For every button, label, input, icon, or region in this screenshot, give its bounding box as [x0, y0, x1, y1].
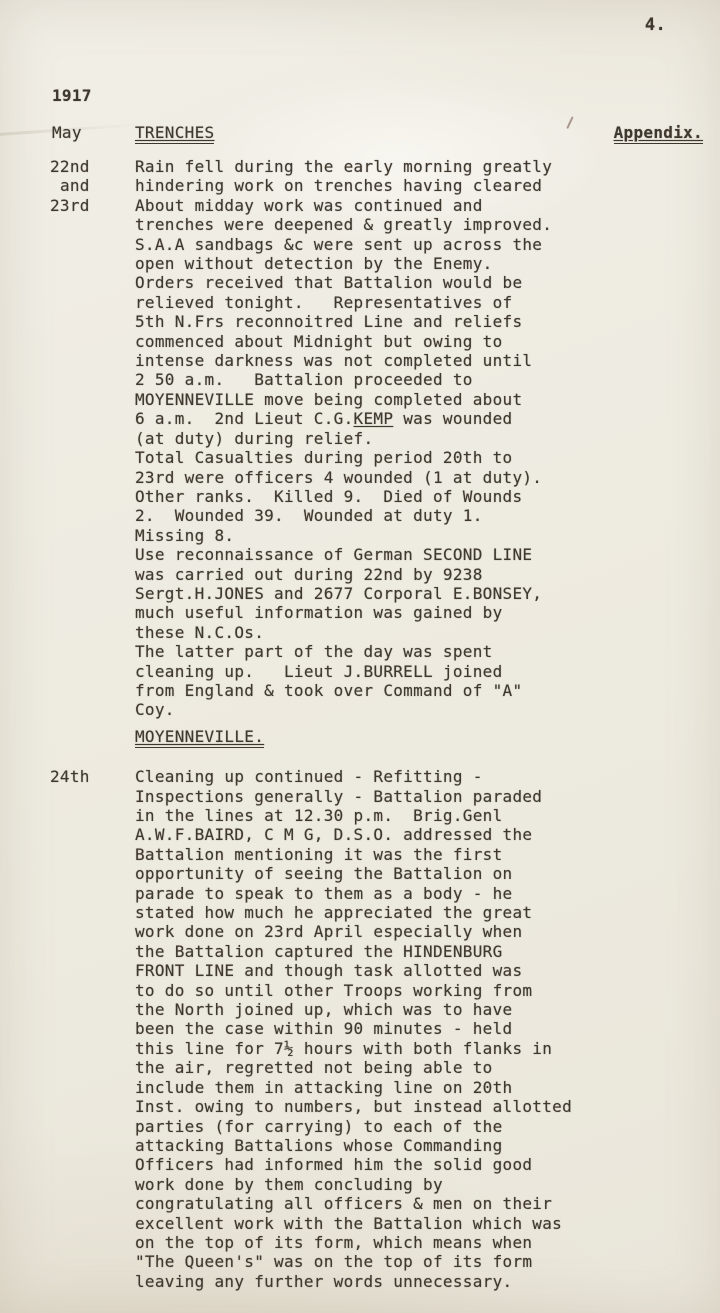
diary-entry-24th: 24th Cleaning up continued - Refitting -…: [0, 767, 720, 1291]
war-diary-page: 4. 1917 May TRENCHES Appendix. 22nd and …: [0, 0, 720, 1313]
header-row: May TRENCHES Appendix.: [0, 123, 720, 145]
entry-date: 24th: [0, 767, 135, 1291]
month-label: May: [52, 123, 82, 142]
page-number: 4.: [645, 16, 666, 35]
entry-body: Rain fell during the early morning great…: [135, 157, 720, 720]
officer-name-underlined: KEMP: [354, 409, 394, 428]
year-label: 1917: [52, 86, 92, 105]
location-heading-moyenneville: MOYENNEVILLE.: [135, 727, 264, 748]
kemp-wounded-line: 6 a.m. 2nd Lieut C.G.KEMP was wounded: [135, 409, 710, 428]
entry-body-text: Cleaning up continued - Refitting - Insp…: [135, 767, 710, 1291]
entry-date: 22nd and 23rd: [0, 157, 135, 720]
entry-body: Cleaning up continued - Refitting - Insp…: [135, 767, 720, 1291]
kemp-line-prefix: 6 a.m. 2nd Lieut C.G.: [135, 409, 354, 428]
entry-body-text: (at duty) during relief. Total Casualtie…: [135, 429, 710, 720]
diary-entries: 22nd and 23rd Rain fell during the early…: [0, 157, 720, 1291]
entry-body-text: Rain fell during the early morning great…: [135, 157, 710, 409]
section-heading-trenches: TRENCHES: [135, 123, 214, 144]
appendix-label: Appendix.: [614, 123, 703, 144]
diary-entry-22nd-23rd: 22nd and 23rd Rain fell during the early…: [0, 157, 720, 720]
kemp-line-suffix: was wounded: [393, 409, 512, 428]
location-heading-wrap: MOYENNEVILLE.: [135, 727, 720, 748]
